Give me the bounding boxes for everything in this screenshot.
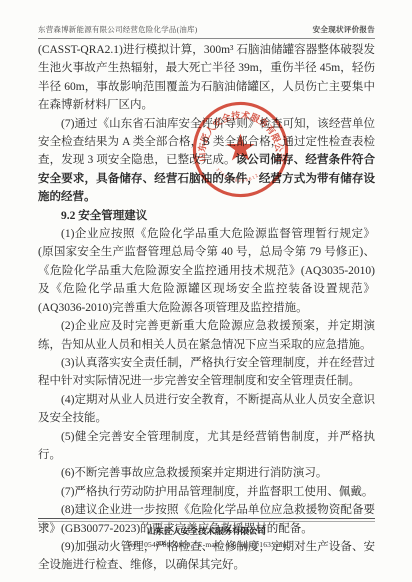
footer-rule: [38, 518, 375, 522]
recommendation-item-2: (2)企业应及时完善更新重大危险源应急救援预案，并定期演练，告知从业人员和相关人…: [38, 317, 375, 354]
recommendation-item-3: (3)认真落实安全责任制，严格执行安全管理制度，并在经营过程中针对实际情况进一步…: [38, 354, 375, 391]
footer-company-name: 山东匠人安全技术服务有限公司: [38, 525, 375, 537]
page-number: 130: [38, 522, 49, 530]
page-footer: 130 山东匠人安全技术服务有限公司 Tel：0546-8050800，E-ma…: [38, 518, 375, 550]
recommendation-item-5: (5)健全完善安全管理制度，尤其是经营销售制度，并严格执行。: [38, 428, 375, 465]
section-heading: 9.2 安全管理建议: [38, 207, 375, 225]
page-header: 东营森博新能源有限公司经营危险化学品(油库) 安全现状评价报告: [38, 24, 375, 39]
recommendation-item-4: (4)定期对从业人员进行安全教育，不断提高从业人员安全意识及安全技能。: [38, 391, 375, 428]
report-page: 东营森博新能源有限公司经营危险化学品(油库) 安全现状评价报告 (CASST-Q…: [0, 0, 412, 582]
recommendation-item-1: (1)企业应按照《危险化学品重大危险源监督管理暂行规定》(原国家安全生产监督管理…: [38, 225, 375, 317]
paragraph-inspection-conclusion: (7)通过《山东省石油库安全评价导则》检查可知，该经营单位安全检查结果为 A 类…: [38, 115, 375, 207]
paragraph-simulation-result: (CASST-QRA2.1)进行模拟计算，300m³ 石脑油储罐容器整体破裂发生…: [38, 41, 375, 115]
document-body: (CASST-QRA2.1)进行模拟计算，300m³ 石脑油储罐容器整体破裂发生…: [38, 41, 375, 575]
recommendation-item-6: (6)不断完善事故应急救援预案并定期进行消防演习。: [38, 464, 375, 482]
header-right-title: 安全现状评价报告: [313, 24, 375, 35]
footer-contact: Tel：0546-8050800，E-mail：sdjraqjs@163.com: [38, 539, 375, 550]
recommendation-item-7: (7)严格执行劳动防护用品管理制度，并监督职工使用、佩戴。: [38, 483, 375, 501]
header-left-title: 东营森博新能源有限公司经营危险化学品(油库): [38, 24, 197, 35]
